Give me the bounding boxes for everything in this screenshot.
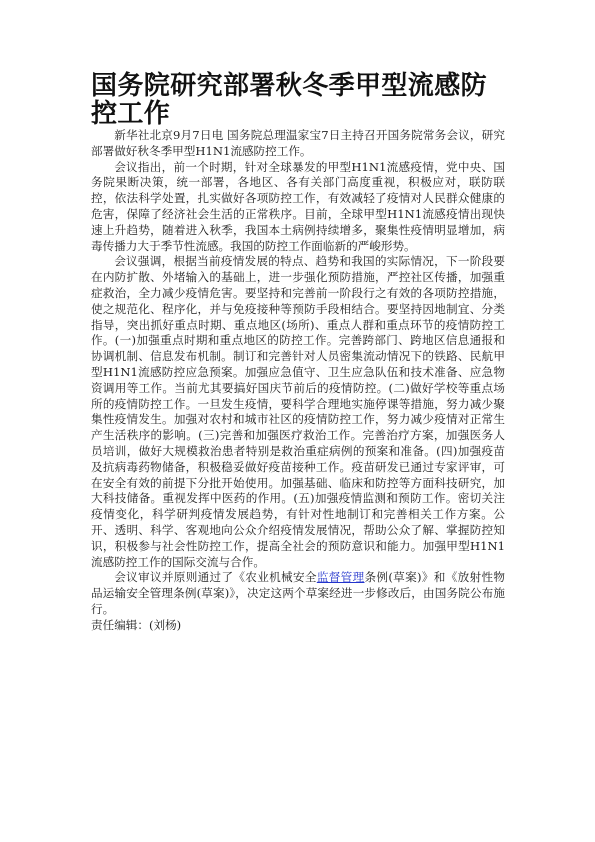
paragraph-lead: 新华社北京9月7日电 国务院总理温家宝7日主持召开国务院常务会议，研究部署做好秋… <box>91 128 505 160</box>
article: 国务院研究部署秋冬季甲型流感防控工作 新华社北京9月7日电 国务院总理温家宝7日… <box>91 72 505 634</box>
paragraph-regulations: 会议审议并原则通过了《农业机械安全监督管理条例(草案)》和《放射性物品运输安全管… <box>91 570 505 617</box>
regulations-text-before: 会议审议并原则通过了《农业机械安全 <box>114 570 317 584</box>
editor-credit: 责任编辑：(刘杨) <box>91 618 505 634</box>
article-body: 新华社北京9月7日电 国务院总理温家宝7日主持召开国务院常务会议，研究部署做好秋… <box>91 128 505 634</box>
supervision-management-link[interactable]: 监督管理 <box>317 570 365 584</box>
paragraph-measures: 会议强调，根据当前疫情发展的特点、趋势和我国的实际情况，下一阶段要在内防扩散、外… <box>91 254 505 570</box>
article-title: 国务院研究部署秋冬季甲型流感防控工作 <box>91 72 505 128</box>
paragraph-situation: 会议指出，前一个时期，针对全球暴发的甲型H1N1流感疫情，党中央、国务院果断决策… <box>91 160 505 255</box>
